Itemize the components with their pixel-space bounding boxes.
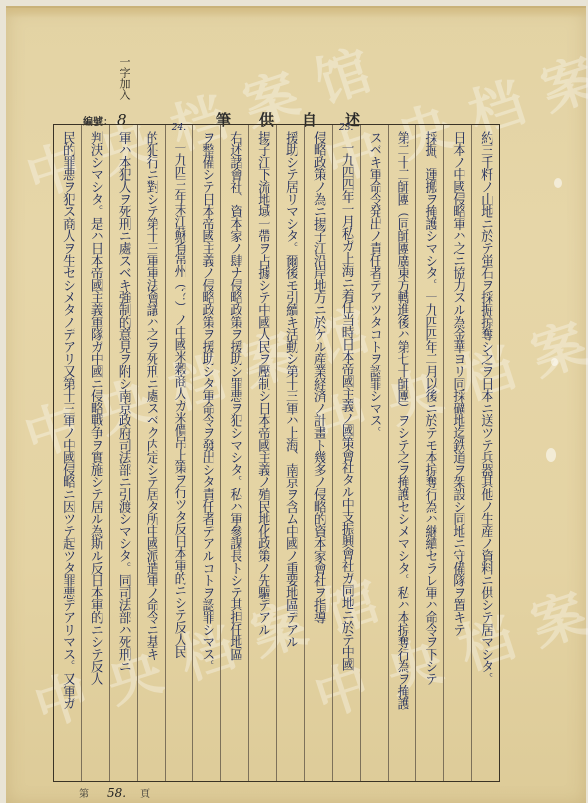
- manuscript-column: 24.一九四三年末江蘇省常州（？）ノ中國米穀商人ガ米價吊上策ヲ行ツタ反日本軍的ニ…: [165, 125, 193, 781]
- column-text: 第二十二師團（同師團廣東方轉進後ハ第七十師團）ヲシテ之ヲ掩護セシメマシタ。私ハ本…: [395, 131, 408, 779]
- page-number: 58.: [107, 786, 126, 800]
- column-text: 的犯行ニ對シテ第十三軍軍法會議ハ之ヲ死刑ニ處スベク内定シテ居タ所中國派遣軍ノ命令…: [144, 131, 157, 779]
- manuscript-column: 23.一九四四年一月私ガ上海ニ着任当時日本帝國主義ノ國策會社タル中支振興會社ガ同…: [332, 125, 360, 781]
- manuscript-column: 軍ハ本犯人ヲ死刑ニ處スベキ強制的意見ヲ附シ南京政府司法部ニ引渡シマシタ。同司法部…: [109, 125, 137, 781]
- column-text: ヲ整備シテ日本帝國主義ノ侵略政策ヲ援助シタ軍命令ヲ發出シタ責任者デアルコトヲ認罪…: [200, 131, 213, 779]
- column-text: 軍ハ本犯人ヲ死刑ニ處スベキ強制的意見ヲ附シ南京政府司法部ニ引渡シマシタ。同司法部…: [116, 131, 129, 779]
- manuscript-column: 侵略政策ノ為ニ揚子江沿岸地方ニ於ケル産業経済ノ計畫ト幾多ノ侵略的資本家會社ヲ指導: [304, 125, 332, 781]
- manuscript-grid: 約三千粁ノ山地ニ於テ蛍石ヲ採掘掠奪シ之ヲ日本ニ送ツテ兵器其他ノ生産ノ資料ニ供シテ…: [53, 124, 500, 782]
- column-text: 侵略政策ノ為ニ揚子江沿岸地方ニ於ケル産業経済ノ計畫ト幾多ノ侵略的資本家會社ヲ指導: [312, 131, 325, 779]
- column-text: 判決シマシタ。是ハ日本帝國主義軍隊ガ中國ニ侵略戰争ヲ實施シテ居ル為斯ル反日本軍的…: [89, 131, 102, 779]
- column-text: 民的罪悪ヲ犯ス商人ヲ生セシメタノデアリ又第十三軍ノ中國侵略ニ因ツテ起ツタ罪悪デア…: [61, 131, 74, 779]
- manuscript-column: 民的罪悪ヲ犯ス商人ヲ生セシメタノデアリ又第十三軍ノ中國侵略ニ因ツテ起ツタ罪悪デア…: [54, 125, 81, 781]
- manuscript-column: 的犯行ニ對シテ第十三軍軍法會議ハ之ヲ死刑ニ處スベク内定シテ居タ所中國派遣軍ノ命令…: [137, 125, 165, 781]
- column-text: 揚子江下流地域一帶ヲ占據シテ中國人民ヲ壓制シ日本帝國主義ノ殖民地化政策ノ先驅デア…: [256, 131, 269, 779]
- manuscript-column: ヲ整備シテ日本帝國主義ノ侵略政策ヲ援助シタ軍命令ヲ發出シタ責任者デアルコトヲ認罪…: [192, 125, 220, 781]
- paper-stain: [554, 178, 562, 188]
- column-text: 援助シテ居リマシタ。爾後モ引續キ活動シ第十三軍ハ上海、南京ヲ含ム中國ノ重要地區デ…: [284, 131, 297, 779]
- column-text: 採掘、運搬ヲ掩護シマシタ。一九四四年二月以後ニ於テモ本掠奪行為ハ継續セラレ軍ハ命…: [423, 131, 436, 779]
- page-prefix: 第: [79, 789, 89, 800]
- page-suffix: 頁: [140, 789, 150, 800]
- manuscript-column: 判決シマシタ。是ハ日本帝國主義軍隊ガ中國ニ侵略戰争ヲ實施シテ居ル為斯ル反日本軍的…: [81, 125, 109, 781]
- manuscript-column: 援助シテ居リマシタ。爾後モ引續キ活動シ第十三軍ハ上海、南京ヲ含ム中國ノ重要地區デ…: [276, 125, 304, 781]
- column-text: 約三千粁ノ山地ニ於テ蛍石ヲ採掘掠奪シ之ヲ日本ニ送ツテ兵器其他ノ生産ノ資料ニ供シテ…: [479, 131, 492, 779]
- document-page: 中央档案馆 中央档案馆 中央档案馆 中央档案馆 中央档案馆 中央档案馆 一字加入…: [6, 6, 586, 803]
- column-text: スベキ軍命令発出ノ責任者デアツタコトヲ認罪シマス。: [367, 131, 380, 779]
- page-footer: 第58.頁: [79, 785, 150, 800]
- column-text: 日本ノ中國侵略軍ハ之ニ協力スル為金華ヨリ同採礦地迄鉄道ヲ架設シ同地ニ守備隊ヲ置キ…: [451, 131, 464, 779]
- manuscript-column: スベキ軍命令発出ノ責任者デアツタコトヲ認罪シマス。: [360, 125, 388, 781]
- manuscript-column: 第二十二師團（同師團廣東方轉進後ハ第七十師團）ヲシテ之ヲ掩護セシメマシタ。私ハ本…: [388, 125, 416, 781]
- manuscript-column: 揚子江下流地域一帶ヲ占據シテ中國人民ヲ壓制シ日本帝國主義ノ殖民地化政策ノ先驅デア…: [248, 125, 276, 781]
- column-text: 一九四三年末江蘇省常州（？）ノ中國米穀商人ガ米價吊上策ヲ行ツタ反日本軍的ニシテ反…: [172, 141, 185, 777]
- margin-note: 一字加入: [119, 56, 130, 100]
- manuscript-column: 採掘、運搬ヲ掩護シマシタ。一九四四年二月以後ニ於テモ本掠奪行為ハ継續セラレ軍ハ命…: [415, 125, 443, 781]
- column-text: 右述諸會社、資本家ノ肆ナ侵略政策ヲ援助シ罪悪ヲ犯シマシタ。私ハ軍參謀長トシテ其担…: [228, 131, 241, 779]
- column-text: 一九四四年一月私ガ上海ニ着任当時日本帝國主義ノ國策會社タル中支振興會社ガ同地ニ於…: [339, 141, 352, 777]
- paper-stain: [551, 358, 558, 366]
- manuscript-column: 約三千粁ノ山地ニ於テ蛍石ヲ採掘掠奪シ之ヲ日本ニ送ツテ兵器其他ノ生産ノ資料ニ供シテ…: [471, 125, 499, 781]
- paper-stain: [546, 448, 556, 462]
- manuscript-column: 右述諸會社、資本家ノ肆ナ侵略政策ヲ援助シ罪悪ヲ犯シマシタ。私ハ軍參謀長トシテ其担…: [220, 125, 248, 781]
- manuscript-column: 日本ノ中國侵略軍ハ之ニ協力スル為金華ヨリ同採礦地迄鉄道ヲ架設シ同地ニ守備隊ヲ置キ…: [443, 125, 471, 781]
- item-number: 23.: [339, 123, 353, 133]
- item-number: 24.: [172, 123, 186, 133]
